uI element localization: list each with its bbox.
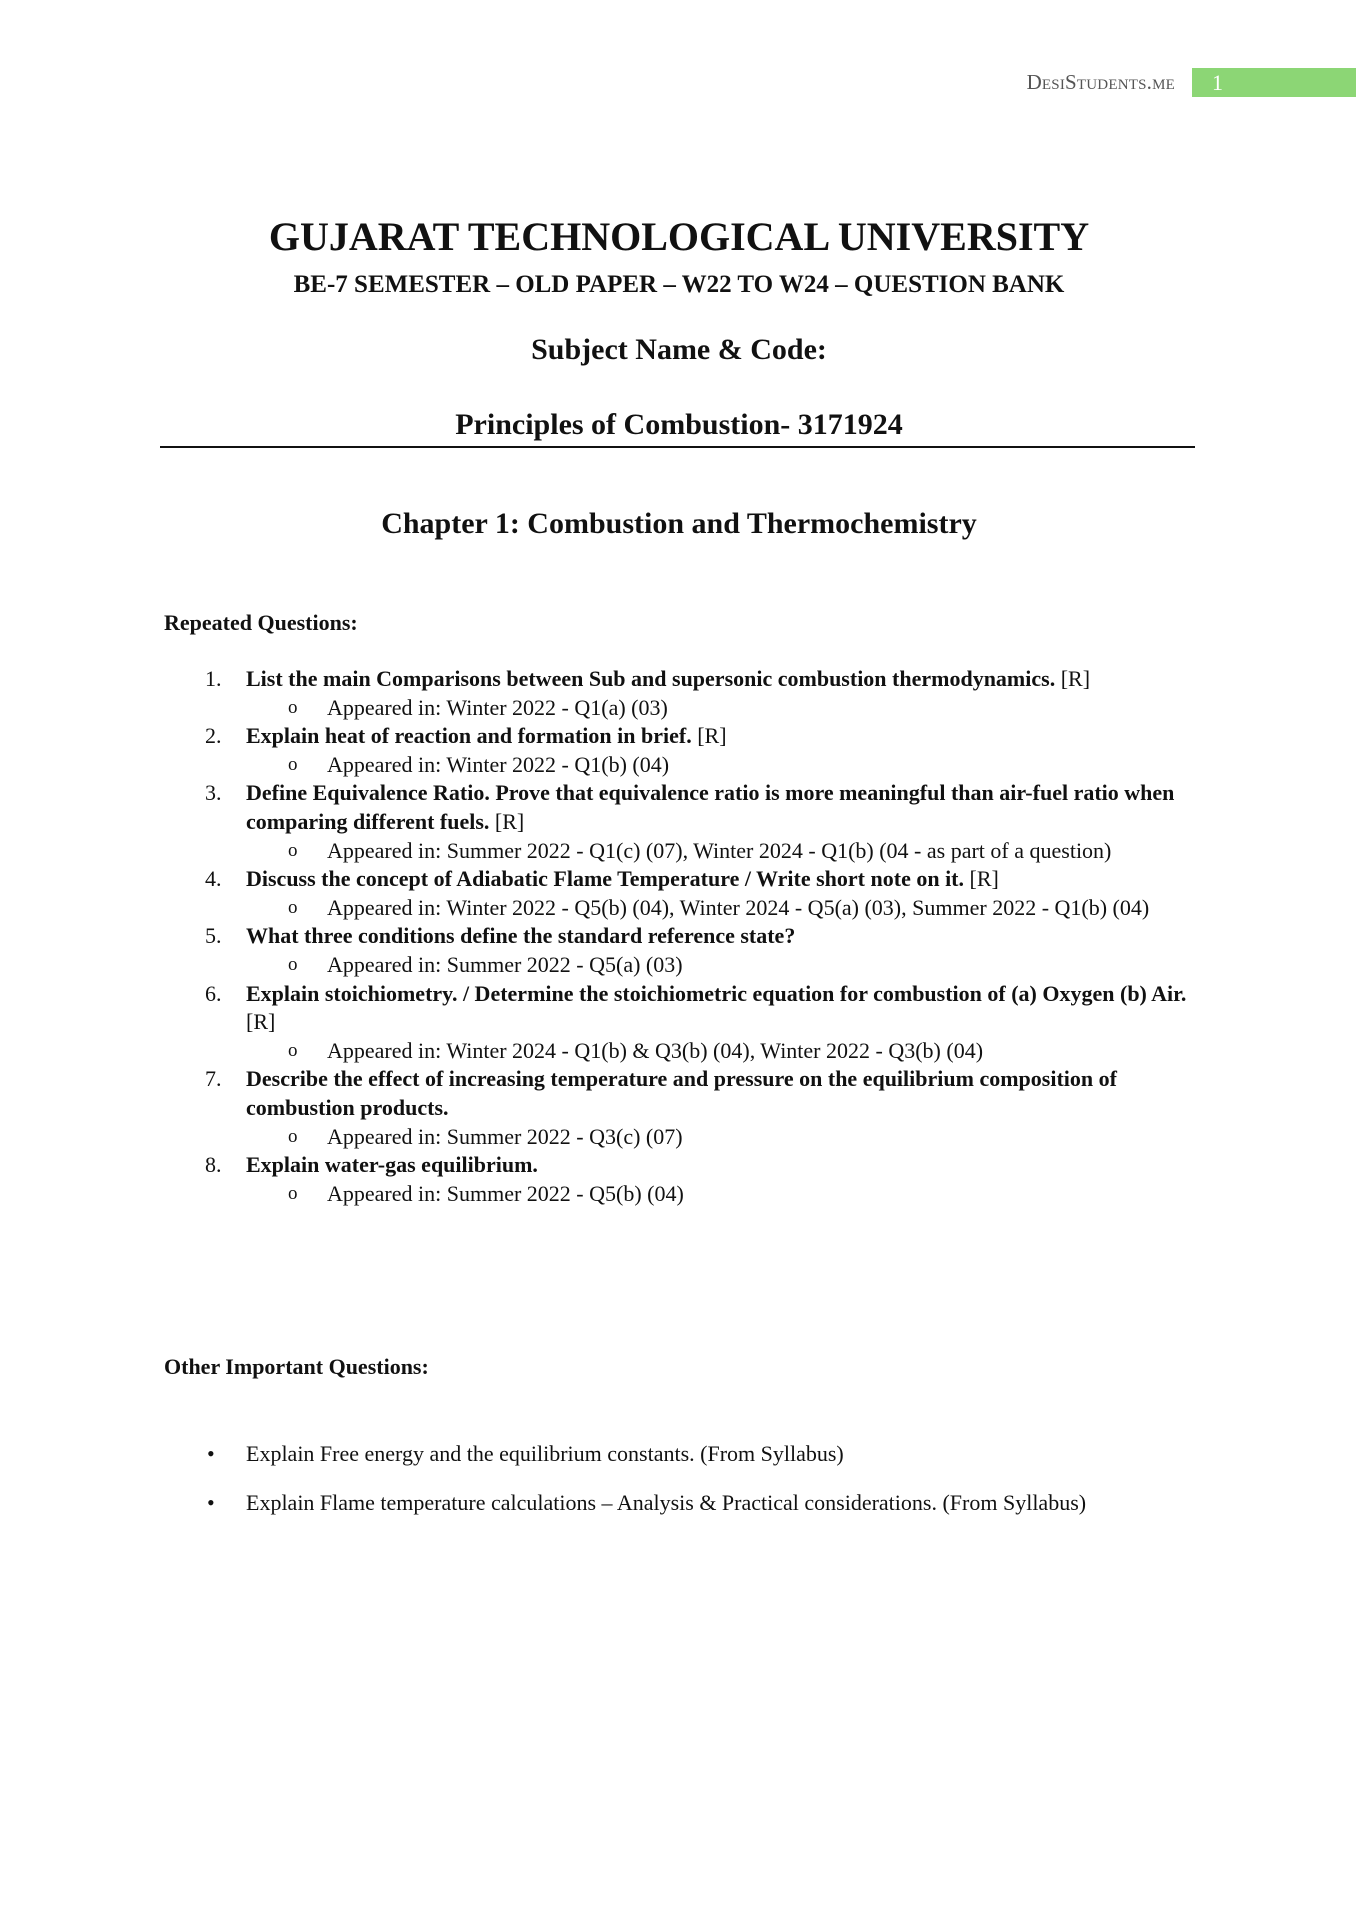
circle-bullet-icon: o bbox=[288, 837, 298, 866]
question-item: 1.List the main Comparisons between Sub … bbox=[0, 665, 1206, 694]
circle-bullet-icon: o bbox=[288, 1180, 298, 1209]
bullet-icon: • bbox=[207, 1489, 215, 1518]
appeared-in: oAppeared in: Winter 2024 - Q1(b) & Q3(b… bbox=[0, 1037, 1157, 1066]
question-item: 2.Explain heat of reaction and formation… bbox=[0, 722, 1206, 751]
subject-name-code: Principles of Combustion- 3171924 bbox=[0, 408, 1358, 442]
list-item: •Explain Free energy and the equilibrium… bbox=[0, 1440, 1106, 1469]
circle-bullet-icon: o bbox=[288, 951, 298, 980]
question-number: 8. bbox=[205, 1151, 222, 1180]
appeared-in: oAppeared in: Summer 2022 - Q5(a) (03) bbox=[0, 951, 1157, 980]
document-subtitle: BE-7 SEMESTER – OLD PAPER – W22 TO W24 –… bbox=[0, 271, 1358, 299]
appeared-text: Appeared in: Winter 2022 - Q5(b) (04), W… bbox=[327, 895, 1149, 920]
question-text: Explain water-gas equilibrium. bbox=[246, 1152, 538, 1177]
question-text: Describe the effect of increasing temper… bbox=[246, 1066, 1117, 1120]
question-text: Discuss the concept of Adiabatic Flame T… bbox=[246, 866, 964, 891]
appeared-in: oAppeared in: Summer 2022 - Q3(c) (07) bbox=[0, 1123, 1157, 1152]
question-number: 4. bbox=[205, 865, 222, 894]
repeat-tag: [R] bbox=[692, 723, 727, 748]
question-number: 5. bbox=[205, 922, 222, 951]
site-name: DesiStudents.me bbox=[985, 70, 1175, 95]
repeat-tag: [R] bbox=[489, 809, 524, 834]
appeared-text: Appeared in: Winter 2024 - Q1(b) & Q3(b)… bbox=[327, 1038, 983, 1063]
question-number: 6. bbox=[205, 980, 222, 1009]
question-number: 2. bbox=[205, 722, 222, 751]
question-text: List the main Comparisons between Sub an… bbox=[246, 666, 1055, 691]
repeat-tag: [R] bbox=[964, 866, 999, 891]
item-text: Explain Free energy and the equilibrium … bbox=[246, 1441, 844, 1466]
question-item: 3.Define Equivalence Ratio. Prove that e… bbox=[0, 779, 1206, 836]
appeared-in: oAppeared in: Winter 2022 - Q1(a) (03) bbox=[0, 694, 1157, 723]
question-item: 4.Discuss the concept of Adiabatic Flame… bbox=[0, 865, 1206, 894]
appeared-in: oAppeared in: Winter 2022 - Q1(b) (04) bbox=[0, 751, 1157, 780]
other-questions-heading: Other Important Questions: bbox=[164, 1354, 429, 1380]
question-item: 7.Describe the effect of increasing temp… bbox=[0, 1065, 1206, 1122]
circle-bullet-icon: o bbox=[288, 894, 298, 923]
question-item: 6.Explain stoichiometry. / Determine the… bbox=[0, 980, 1206, 1037]
chapter-title: Chapter 1: Combustion and Thermochemistr… bbox=[0, 507, 1358, 541]
question-text: Define Equivalence Ratio. Prove that equ… bbox=[246, 780, 1174, 834]
question-number: 3. bbox=[205, 779, 222, 808]
other-questions-list: •Explain Free energy and the equilibrium… bbox=[0, 1440, 1358, 1537]
question-text: What three conditions define the standar… bbox=[246, 923, 795, 948]
repeat-tag: [R] bbox=[1055, 666, 1090, 691]
repeated-questions-list: 1.List the main Comparisons between Sub … bbox=[0, 665, 1358, 1208]
question-number: 1. bbox=[205, 665, 222, 694]
circle-bullet-icon: o bbox=[288, 694, 298, 723]
list-item: •Explain Flame temperature calculations … bbox=[0, 1489, 1106, 1518]
question-text: Explain stoichiometry. / Determine the s… bbox=[246, 981, 1186, 1006]
appeared-text: Appeared in: Winter 2022 - Q1(b) (04) bbox=[327, 752, 669, 777]
appeared-text: Appeared in: Summer 2022 - Q3(c) (07) bbox=[327, 1124, 683, 1149]
circle-bullet-icon: o bbox=[288, 1123, 298, 1152]
question-text: Explain heat of reaction and formation i… bbox=[246, 723, 692, 748]
appeared-in: oAppeared in: Summer 2022 - Q1(c) (07), … bbox=[0, 837, 1157, 866]
circle-bullet-icon: o bbox=[288, 1037, 298, 1066]
appeared-text: Appeared in: Summer 2022 - Q5(b) (04) bbox=[327, 1181, 684, 1206]
appeared-text: Appeared in: Winter 2022 - Q1(a) (03) bbox=[327, 695, 668, 720]
bullet-icon: • bbox=[207, 1440, 215, 1469]
appeared-text: Appeared in: Summer 2022 - Q5(a) (03) bbox=[327, 952, 683, 977]
repeat-tag: [R] bbox=[246, 1009, 275, 1034]
subject-label: Subject Name & Code: bbox=[0, 333, 1358, 367]
horizontal-rule bbox=[160, 446, 1195, 448]
circle-bullet-icon: o bbox=[288, 751, 298, 780]
question-number: 7. bbox=[205, 1065, 222, 1094]
appeared-text: Appeared in: Summer 2022 - Q1(c) (07), W… bbox=[327, 838, 1111, 863]
question-item: 8.Explain water-gas equilibrium. bbox=[0, 1151, 1206, 1180]
item-text: Explain Flame temperature calculations –… bbox=[246, 1490, 1086, 1515]
page-number-badge: 1 bbox=[1192, 68, 1356, 97]
appeared-in: oAppeared in: Winter 2022 - Q5(b) (04), … bbox=[0, 894, 1157, 923]
university-title: GUJARAT TECHNOLOGICAL UNIVERSITY bbox=[0, 213, 1358, 260]
appeared-in: oAppeared in: Summer 2022 - Q5(b) (04) bbox=[0, 1180, 1157, 1209]
question-item: 5.What three conditions define the stand… bbox=[0, 922, 1206, 951]
repeated-questions-heading: Repeated Questions: bbox=[164, 610, 358, 636]
